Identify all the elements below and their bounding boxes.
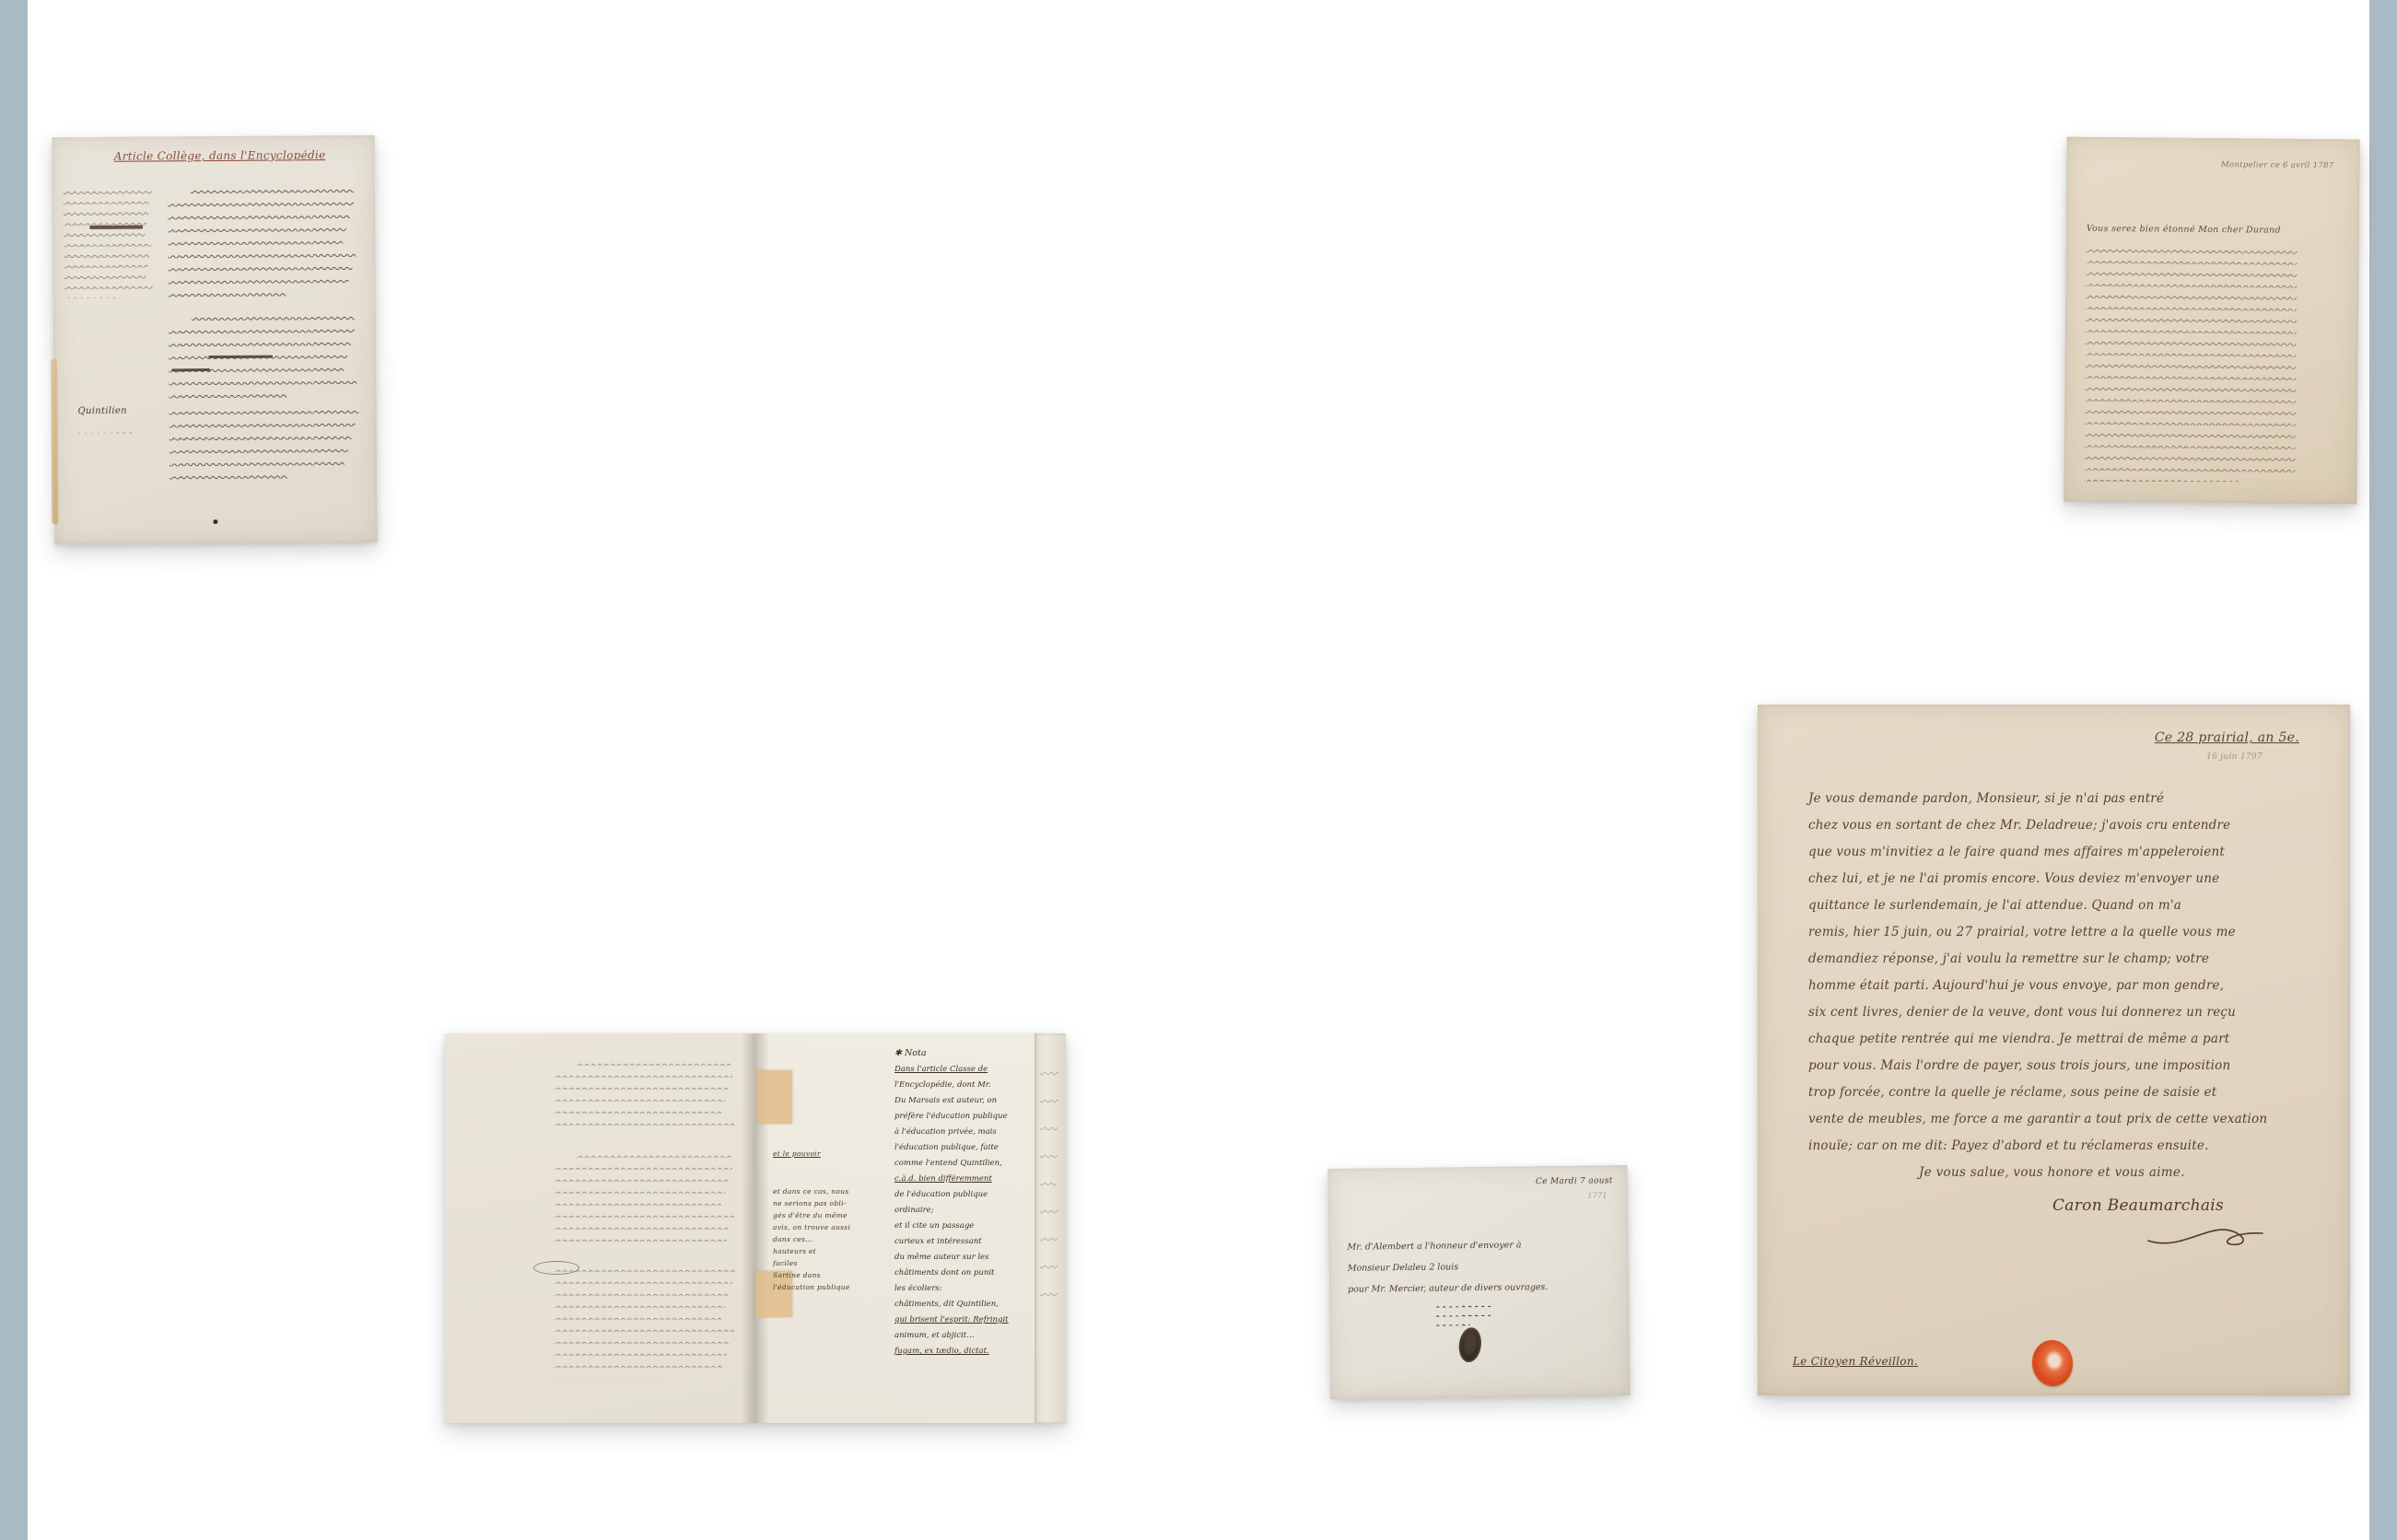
letter-line: quittance le surlendemain, je l'ai atten… — [1808, 892, 2310, 919]
tape-repair — [757, 1070, 792, 1124]
nota-line: c.à.d. bien différemment — [894, 1172, 1020, 1187]
letter-line: chez vous en sortant de chez Mr. Deladre… — [1808, 812, 2310, 839]
letter-line: chaque petite rentrée qui me viendra. Je… — [1808, 1026, 2310, 1053]
marginal-fragment-line: dans ces… — [773, 1233, 887, 1245]
nota-line: à l'éducation privée, mais — [894, 1125, 1020, 1140]
ink-scribble — [1432, 1298, 1491, 1326]
nota-line: curieux et intéressant — [894, 1234, 1020, 1250]
margin-notes-handwriting — [64, 182, 153, 299]
letter-salutation: Vous serez bien étonné Mon cher Durand — [2087, 224, 2281, 236]
nota-line: ordinaire; — [894, 1203, 1020, 1219]
main-text-paragraph — [169, 401, 359, 479]
letter-line: vente de meubles, me force a me garantir… — [1808, 1106, 2310, 1133]
letter-line: que vous m'invitiez a le faire quand mes… — [1808, 839, 2310, 866]
ink-blot — [1457, 1326, 1484, 1364]
fold-edge-handwriting — [1040, 1056, 1058, 1332]
nota-lines: Dans l'article Classe del'Encyclopédie, … — [894, 1062, 1020, 1359]
nota-line: préfère l'éducation publique — [894, 1109, 1020, 1125]
left-border-band — [0, 0, 28, 1540]
manuscript-heading: Article Collège, dans l'Encyclopédie — [95, 148, 345, 163]
letter-montpellier: Montpelier ce 6 avril 1787 Vous serez bi… — [2064, 137, 2359, 505]
letter-line: trop forcée, contre la quelle je réclame… — [1808, 1079, 2310, 1106]
crossed-out-word — [89, 226, 143, 229]
right-border-band — [2369, 0, 2397, 1540]
nota-line: comme l'entend Quintilien, — [894, 1156, 1020, 1172]
nota-line: du même auteur sur les — [894, 1250, 1020, 1266]
letter-line: demandiez réponse, j'ai voulu la remettr… — [1808, 946, 2310, 973]
nota-heading: ✱ Nota — [894, 1048, 1020, 1058]
letter-line: homme était parti. Aujourd'hui je vous e… — [1808, 973, 2310, 999]
ink-mark — [213, 519, 217, 524]
manuscript-spread: et le pouvoiret dans ce cas, nousne seri… — [445, 1033, 1066, 1423]
marginal-fragments: et le pouvoiret dans ce cas, nousne seri… — [773, 1148, 887, 1293]
letter-line: Je vous demande pardon, Monsieur, si je … — [1808, 786, 2310, 812]
signature: Caron Beaumarchais — [2052, 1196, 2224, 1215]
marginal-fragment-line: ne serions pas obli- — [773, 1197, 887, 1209]
nota-line: animum, et abjicit… — [894, 1328, 1020, 1344]
nota-line: Du Marsais est auteur, on — [894, 1093, 1020, 1109]
pencil-annotation: 16 juin 1797 — [2206, 752, 2263, 762]
left-page-paragraph — [554, 1260, 736, 1380]
nota-line: les écoliers: — [894, 1281, 1020, 1297]
nota-line: châtiments, dit Quintilien, — [894, 1297, 1020, 1312]
crossed-out-word — [171, 368, 210, 371]
nota-line: l'éducation publique, faite — [894, 1140, 1020, 1156]
nota-annotation: ✱ Nota Dans l'article Classe del'Encyclo… — [894, 1048, 1020, 1359]
crossed-out-word — [208, 356, 273, 358]
marginal-fragment-line: et dans ce cas, nous — [773, 1185, 887, 1197]
main-text-paragraph — [168, 180, 358, 297]
signature-flourish — [2145, 1220, 2274, 1252]
letter-line: inouïe; car on me dit: Payez d'abord et … — [1808, 1133, 2310, 1160]
nota-line: Dans l'article Classe de — [894, 1062, 1020, 1078]
letter-body: Je vous demande pardon, Monsieur, si je … — [1808, 786, 2310, 1160]
nota-line: fugam, ex tædio, dictat. — [894, 1344, 1020, 1359]
main-text-paragraph — [169, 307, 359, 398]
docket-recipient: Le Citoyen Réveillon. — [1793, 1355, 1918, 1368]
margin-note-handwriting — [75, 425, 134, 435]
marginal-fragment-line: l'éducation publique — [773, 1281, 887, 1293]
marginal-fragment-line: faciles — [773, 1257, 887, 1269]
marginal-fragment-line: avis, on trouve aussi — [773, 1221, 887, 1233]
letter-dateline: Ce 28 prairial, an 5e. — [2155, 730, 2299, 745]
letter-line: remis, hier 15 juin, ou 27 prairial, vot… — [1808, 919, 2310, 946]
catalog-page: { "colors": { "background": "#ffffff", "… — [0, 0, 2397, 1540]
margin-note: Quintilien — [77, 406, 126, 416]
wax-seal — [2030, 1338, 2075, 1388]
nota-line: châtiments dont on punit — [894, 1266, 1020, 1281]
note-dateline: Ce Mardi 7 aoust — [1536, 1176, 1613, 1186]
marginal-fragment-line: et le pouvoir — [773, 1148, 887, 1160]
note-body: Mr. d'Alembert a l'honneur d'envoyer àMo… — [1347, 1233, 1617, 1301]
letter-beaumarchais: Ce 28 prairial, an 5e. 16 juin 1797 Je v… — [1758, 705, 2350, 1395]
marginal-fragment-line: hauteurs et — [773, 1245, 887, 1257]
left-page-paragraph — [554, 1146, 736, 1254]
letter-line: chez lui, et je ne l'ai promis encore. V… — [1808, 866, 2310, 892]
note-dalembert: Ce Mardi 7 aoust 1771 Mr. d'Alembert a l… — [1327, 1165, 1630, 1399]
letter-body-handwriting — [2084, 240, 2340, 484]
note-line: pour Mr. Mercier, auteur de divers ouvra… — [1348, 1276, 1617, 1301]
letter-line: pour vous. Mais l'ordre de payer, sous t… — [1808, 1053, 2310, 1079]
letter-dateline: Montpelier ce 6 avril 1787 — [2221, 160, 2334, 170]
manuscript-article-college: Article Collège, dans l'Encyclopédie — [52, 135, 377, 544]
pencil-annotation: 1771 — [1587, 1191, 1608, 1199]
binding-strip — [51, 358, 58, 524]
nota-line: et il cite un passage — [894, 1219, 1020, 1234]
nota-line: qui brisent l'esprit: Refringit — [894, 1312, 1020, 1328]
letter-line: six cent livres, denier de la veuve, don… — [1808, 999, 2310, 1026]
nota-line: de l'éducation publique — [894, 1187, 1020, 1203]
circled-word — [533, 1261, 579, 1275]
nota-line: l'Encyclopédie, dont Mr. — [894, 1078, 1020, 1093]
marginal-fragment-line: Sartine dans — [773, 1269, 887, 1281]
letter-closing: Je vous salue, vous honore et vous aime. — [1919, 1165, 2185, 1180]
left-page-paragraph — [554, 1054, 736, 1137]
marginal-fragment-line: gés d'être du même — [773, 1209, 887, 1221]
